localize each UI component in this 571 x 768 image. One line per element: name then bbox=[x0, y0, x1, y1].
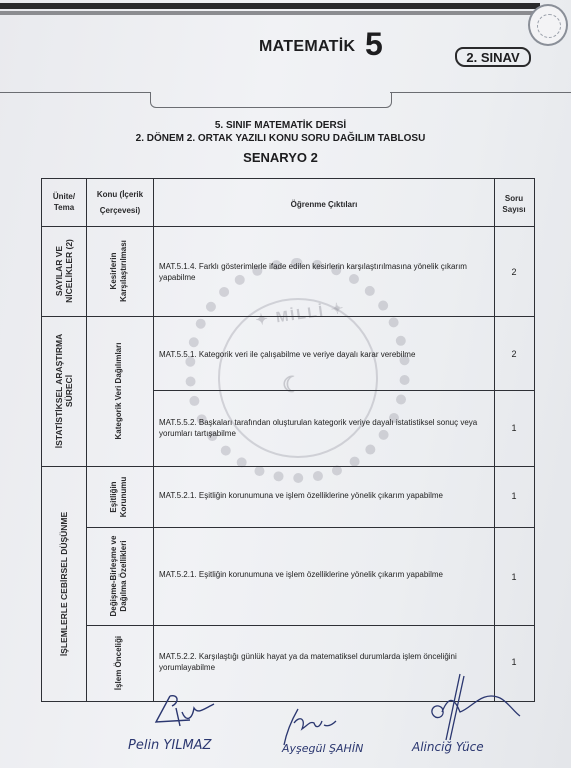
outcome-row-5: MAT.5.2.1. Eşitliğin korunumuna ve işlem… bbox=[159, 569, 494, 580]
signature-name-3: Alinciğ Yüce bbox=[412, 740, 484, 754]
col-divider-outcome bbox=[494, 179, 495, 701]
signature-scribble-1-icon bbox=[150, 692, 220, 732]
outcome-row-2: MAT.5.5.1. Kategorik veri ile çalışabilm… bbox=[159, 349, 489, 360]
col-divider-unit bbox=[86, 179, 87, 701]
column-header-count: Soru Sayısı bbox=[494, 193, 534, 215]
header-top-bar-secondary bbox=[0, 11, 540, 15]
header-rule-notch bbox=[150, 92, 392, 108]
header-top-bar bbox=[0, 3, 540, 9]
count-row-2: 2 bbox=[504, 349, 524, 359]
unit-statistical-research: İSTATİSTİKSEL ARAŞTIRMA SÜRECİ bbox=[54, 326, 74, 456]
header-rule-left bbox=[0, 92, 150, 93]
table-title: 2. DÖNEM 2. ORTAK YAZILI KONU SORU DAĞIL… bbox=[0, 133, 566, 144]
topic-equality-preservation: Eşitliğin Korunumu bbox=[109, 472, 129, 522]
topic-fraction-comparison: Kesirlerin Karşılaştırılması bbox=[109, 236, 129, 306]
row-divider-1 bbox=[42, 316, 534, 317]
topic-commutative-associative-distributive: Değişme-Birleşme ve Dağılma Özellikleri bbox=[109, 531, 129, 621]
column-header-unit: Ünite/ Tema bbox=[42, 191, 86, 213]
outcome-row-1: MAT.5.1.4. Farklı gösterimlerle ifade ed… bbox=[159, 261, 489, 283]
topic-distribution-table: Ünite/ Tema Konu (İçerik Çerçevesi) Öğre… bbox=[41, 178, 535, 702]
col-divider-topic bbox=[153, 179, 154, 701]
topic-categorical-data: Kategorik Veri Dağılımları bbox=[114, 343, 124, 440]
column-header-topic: Konu (İçerik Çerçevesi) bbox=[88, 187, 152, 219]
count-row-6: 1 bbox=[504, 657, 524, 667]
outcome-row-3: MAT.5.5.2. Başkaları tarafından oluşturu… bbox=[159, 417, 494, 439]
ministry-seal-icon bbox=[528, 4, 568, 46]
subject-title: MATEMATİK bbox=[259, 38, 355, 56]
exam-label-tab: 2. SINAV bbox=[455, 47, 531, 67]
count-row-5: 1 bbox=[504, 572, 524, 582]
count-row-3: 1 bbox=[504, 423, 524, 433]
column-header-outcomes: Öğrenme Çıktıları bbox=[154, 199, 494, 210]
row-divider-5 bbox=[86, 625, 534, 626]
unit-numbers-and-quantities: SAYILAR VE NİCELİKLER (2) bbox=[54, 231, 74, 311]
outcome-row-6: MAT.5.2.2. Karşılaştığı günlük hayat ya … bbox=[159, 651, 489, 673]
count-row-4: 1 bbox=[504, 491, 524, 501]
course-title: 5. SINIF MATEMATİK DERSİ bbox=[0, 120, 566, 131]
outcome-row-4: MAT.5.2.1. Eşitliğin korunumuna ve işlem… bbox=[159, 490, 494, 501]
signature-name-1: Pelin YILMAZ bbox=[128, 738, 211, 753]
header-rule-right bbox=[390, 92, 571, 93]
scenario-title: SENARYO 2 bbox=[0, 150, 566, 165]
signature-name-2: Ayşegül ŞAHİN bbox=[282, 742, 363, 755]
row-divider-4 bbox=[86, 527, 534, 528]
count-row-1: 2 bbox=[504, 267, 524, 277]
row-divider-2 bbox=[153, 390, 534, 391]
topic-order-of-operations: İşlem Önceliği bbox=[114, 636, 124, 690]
unit-algebraic-thinking: İŞLEMLERLE CEBİRSEL DÜŞÜNME bbox=[59, 512, 69, 656]
grade-number: 5 bbox=[365, 26, 383, 63]
row-divider-3 bbox=[42, 466, 534, 467]
header-row-divider bbox=[42, 226, 534, 227]
signature-scribble-3-icon bbox=[416, 672, 526, 742]
